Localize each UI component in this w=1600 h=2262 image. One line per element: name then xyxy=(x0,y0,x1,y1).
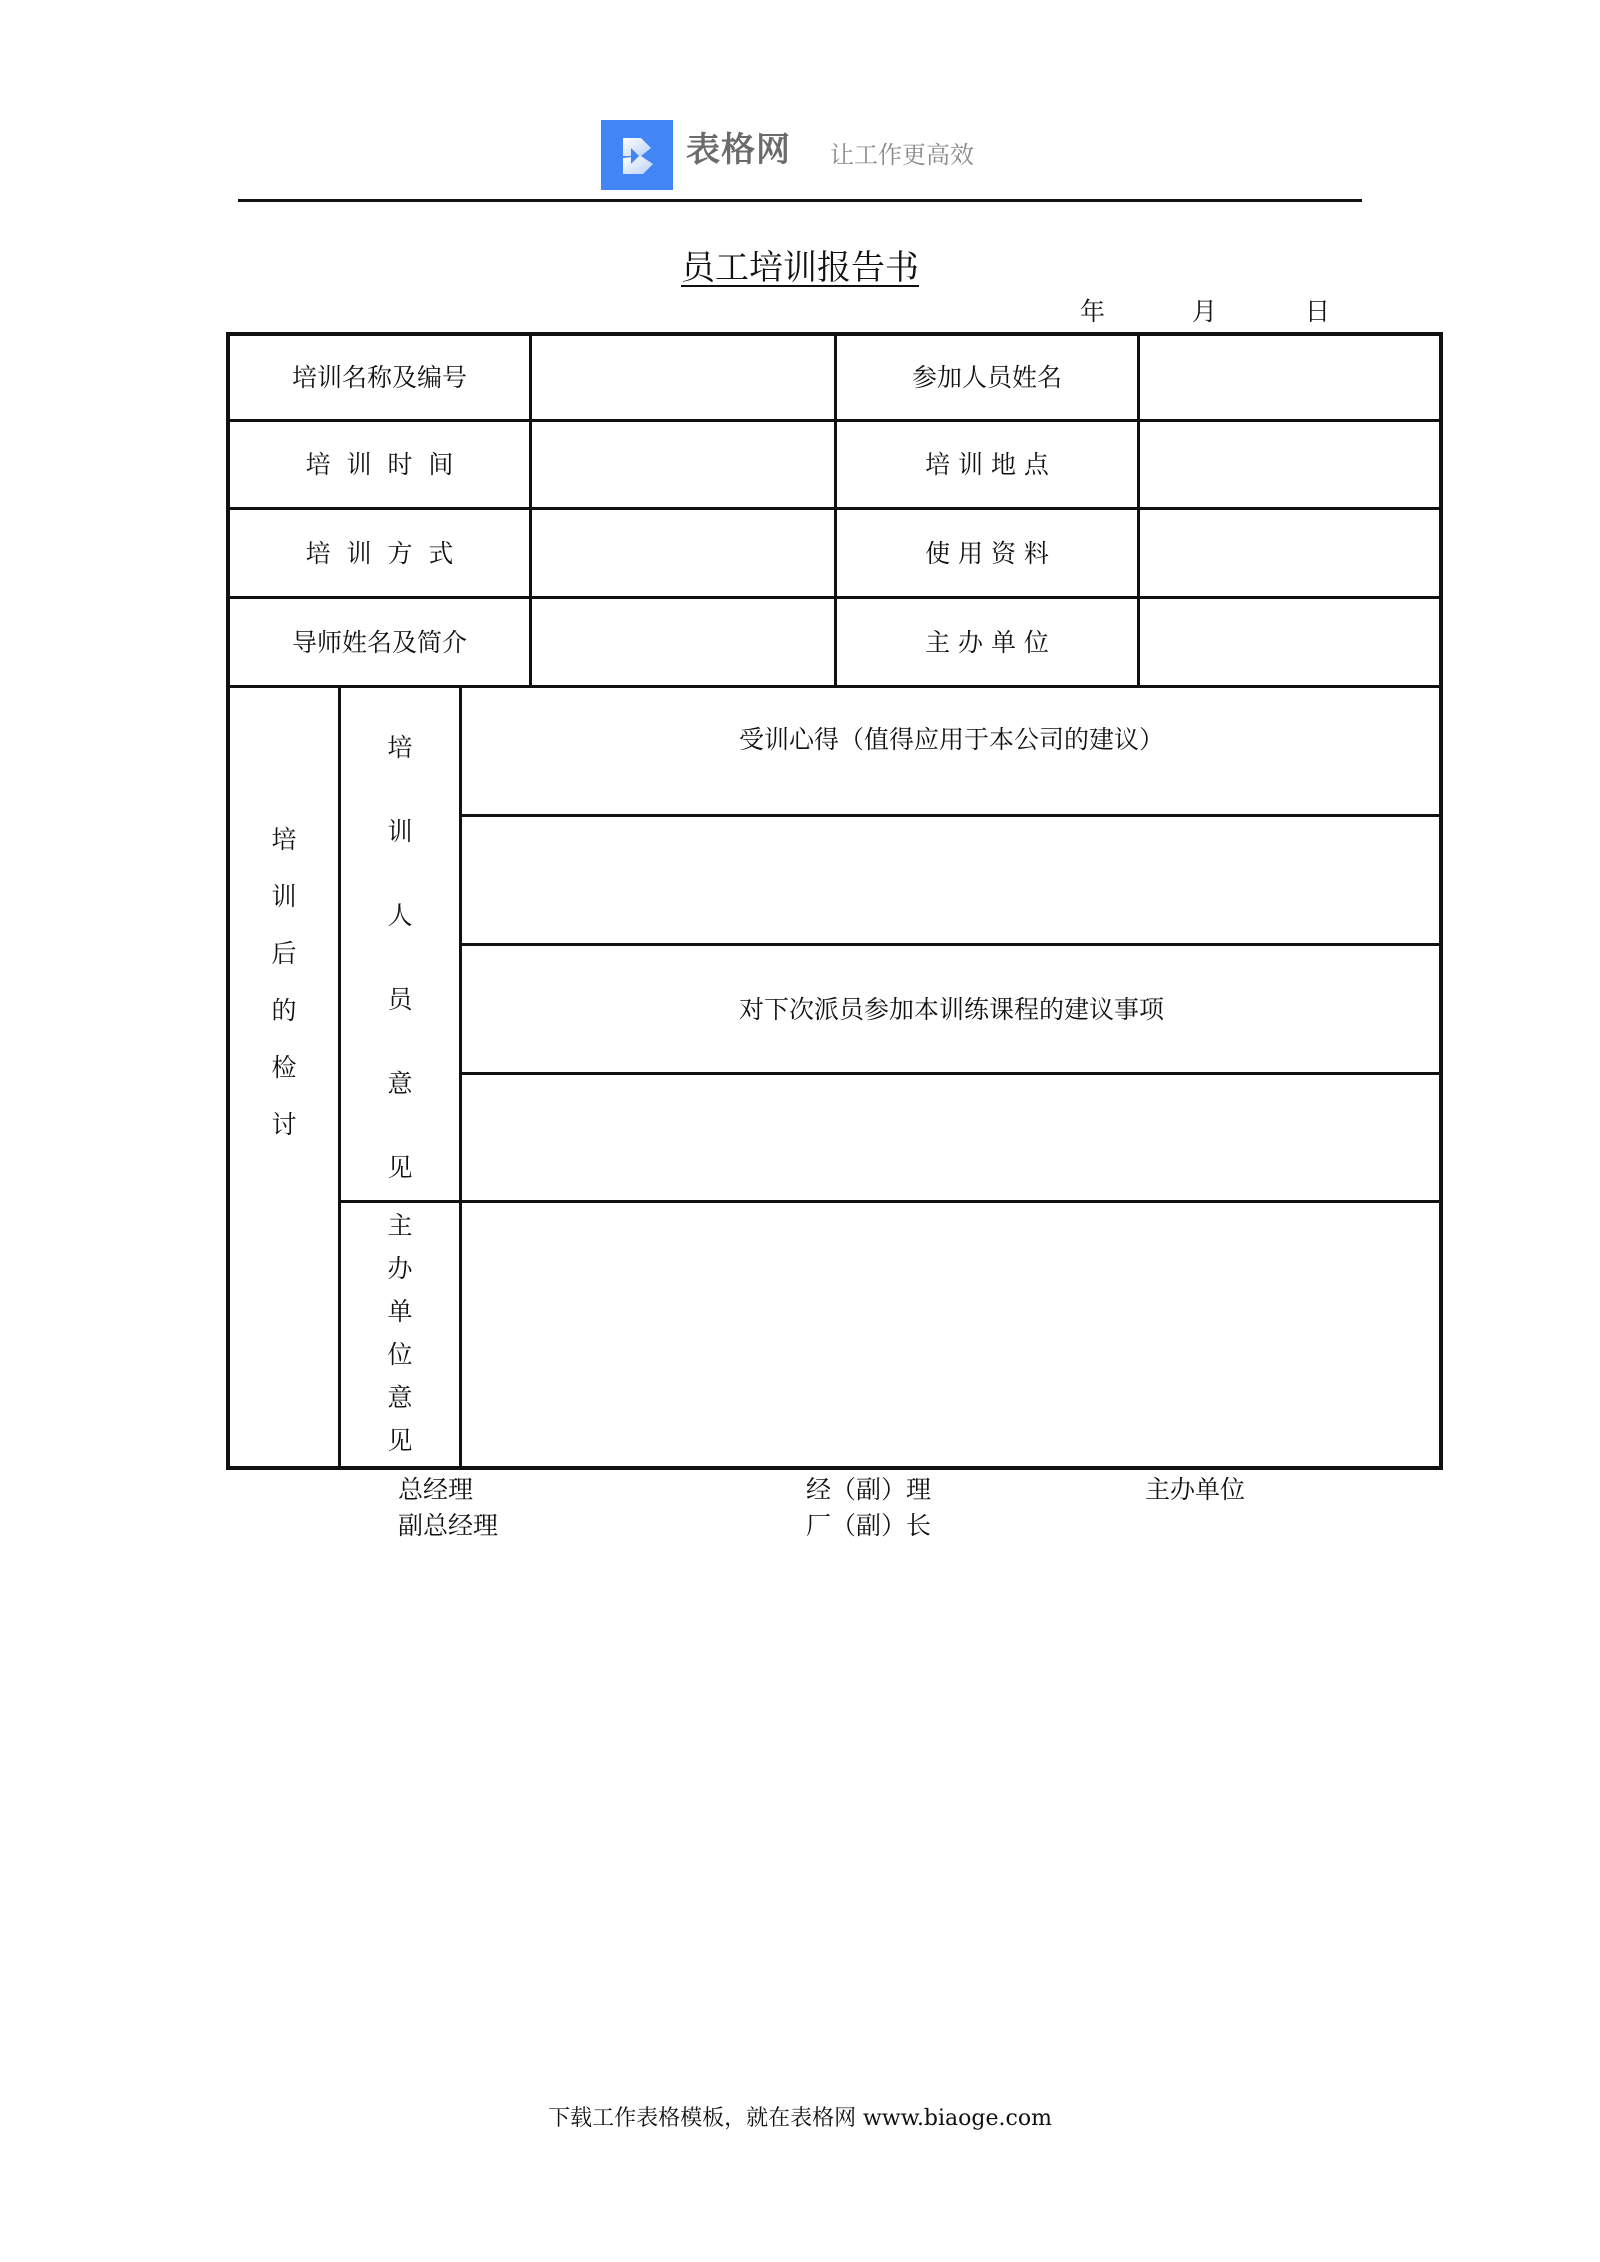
training-insight-heading: 受训心得（值得应用于本公司的建议） xyxy=(462,689,1441,814)
brand-name: 表格网 xyxy=(686,130,791,170)
label-training-name-number: 培训名称及编号 xyxy=(230,335,529,419)
input-training-method[interactable] xyxy=(532,510,834,596)
brand-slogan: 让工作更高效 xyxy=(830,140,974,170)
label-training-time: 培 训 时 间 xyxy=(230,422,529,507)
trainee-opinion-label: 培 训 人 员 意 见 xyxy=(341,728,459,1188)
next-session-suggestion-heading: 对下次派员参加本训练课程的建议事项 xyxy=(462,946,1441,1072)
post-training-review-label: 培 训 后 的 检 讨 xyxy=(230,820,338,1280)
biaoge-logo-icon xyxy=(601,120,673,190)
label-participant-names: 参加人员姓名 xyxy=(837,335,1137,419)
label-host-unit: 主 办 单 位 xyxy=(837,599,1137,685)
host-unit-opinion-input[interactable] xyxy=(462,1203,1441,1466)
header-divider xyxy=(238,199,1362,202)
document-title: 员工培训报告书 xyxy=(600,246,1000,290)
input-host-unit[interactable] xyxy=(1140,599,1439,685)
signature-host-unit: 主办单位 xyxy=(1145,1474,1245,1506)
input-training-location[interactable] xyxy=(1140,422,1439,507)
input-training-time[interactable] xyxy=(532,422,834,507)
label-instructor-bio: 导师姓名及简介 xyxy=(230,599,529,685)
date-day-label: 日 xyxy=(1305,296,1330,328)
signature-factory-director: 厂（副）长 xyxy=(806,1510,931,1542)
signature-general-manager: 总经理 xyxy=(398,1474,473,1506)
signature-deputy-general-manager: 副总经理 xyxy=(398,1510,498,1542)
input-materials-used[interactable] xyxy=(1140,510,1439,596)
input-participant-names[interactable] xyxy=(1140,335,1439,419)
date-year-label: 年 xyxy=(1080,296,1105,328)
training-insight-input[interactable] xyxy=(462,817,1441,943)
input-training-name-number[interactable] xyxy=(532,335,834,419)
host-unit-opinion-label: 主 办 单 位 意 见 xyxy=(341,1206,459,1426)
date-month-label: 月 xyxy=(1192,296,1217,328)
label-training-method: 培 训 方 式 xyxy=(230,510,529,596)
input-instructor-bio[interactable] xyxy=(532,599,834,685)
footer-promo-text: 下载工作表格模板，就在表格网 www.biaoge.com xyxy=(0,2104,1600,2134)
next-session-suggestion-input[interactable] xyxy=(462,1075,1441,1200)
signature-manager: 经（副）理 xyxy=(806,1474,931,1506)
label-training-location: 培 训 地 点 xyxy=(837,422,1137,507)
brand-logo xyxy=(601,120,673,190)
label-materials-used: 使 用 资 料 xyxy=(837,510,1137,596)
